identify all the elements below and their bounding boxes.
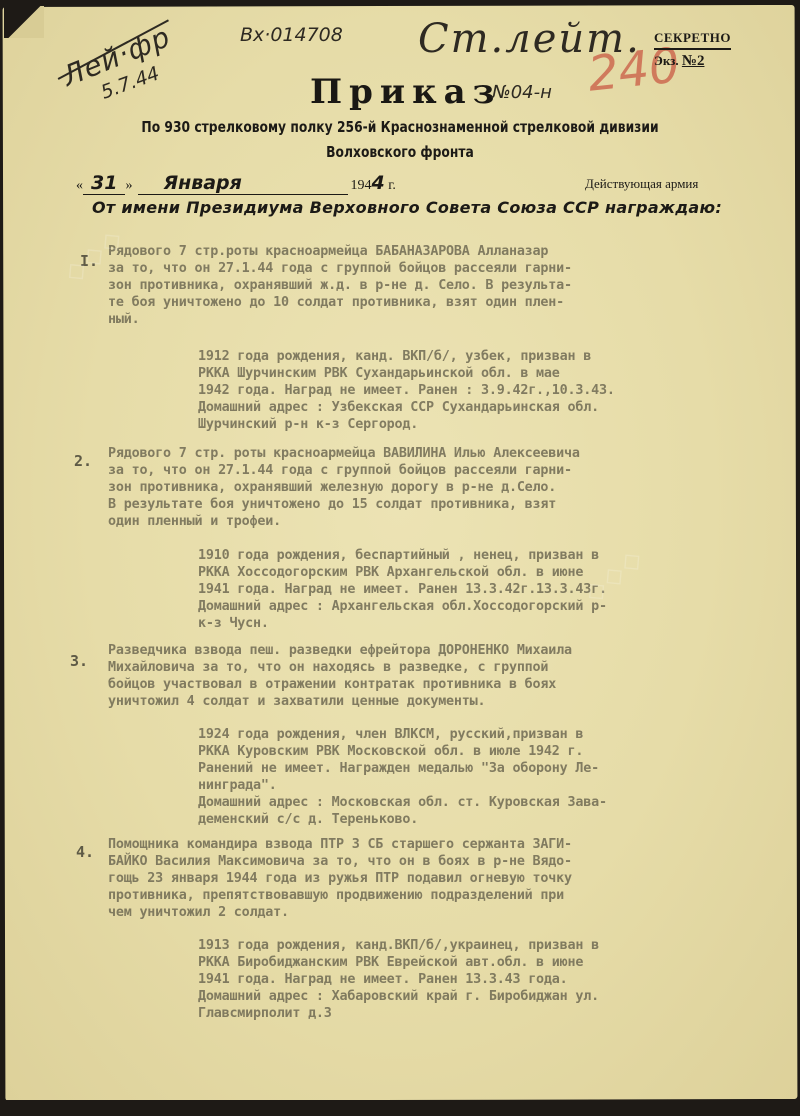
date-year-unit: г. xyxy=(388,178,396,193)
award-citation: Помощника командира взвода ПТР 3 СБ стар… xyxy=(108,836,572,921)
copy-number: №2 xyxy=(682,53,705,69)
date-year-prefix: 194 xyxy=(350,178,371,193)
scan-edge xyxy=(0,1100,800,1116)
order-number: №04-н xyxy=(492,82,552,103)
date-year-suffix: 4 xyxy=(371,172,384,194)
secret-label: СЕКРЕТНО xyxy=(654,30,731,50)
date-month: Января xyxy=(138,172,348,195)
classification-stamp: СЕКРЕТНО Экз. №2 xyxy=(654,30,731,70)
award-number: 2. xyxy=(74,452,92,470)
award-bio: 1912 года рождения, канд. ВКП/б/, узбек,… xyxy=(198,348,615,433)
unit-line-2: Волховского фронта xyxy=(146,143,654,161)
award-number: 4. xyxy=(76,843,94,861)
award-bio: 1924 года рождения, член ВЛКСМ, русский,… xyxy=(198,726,607,828)
handwritten-reference-number: Вх·014708 xyxy=(240,24,343,46)
order-date: «31»Января1944 г. xyxy=(76,172,396,195)
document-title: Приказ xyxy=(310,72,501,112)
unit-line-1: По 930 стрелковому полку 256-й Краснозна… xyxy=(121,118,679,136)
award-citation: Рядового 7 стр.роты красноармейца БАБАНА… xyxy=(108,243,572,328)
award-citation: Разведчика взвода пеш. разведки ефрейтор… xyxy=(108,642,572,710)
date-day: 31 xyxy=(83,172,125,195)
award-bio: 1910 года рождения, беспартийный , ненец… xyxy=(198,547,607,632)
copy-label: Экз. xyxy=(654,53,679,68)
award-bio: 1913 года рождения, канд.ВКП/б/,украинец… xyxy=(198,937,599,1022)
decree-line: От имени Президиума Верховного Совета Со… xyxy=(92,198,722,217)
folded-corner xyxy=(4,6,44,38)
army-label: Действующая армия xyxy=(585,176,698,192)
award-citation: Рядового 7 стр. роты красноармейца ВАВИЛ… xyxy=(108,445,580,530)
award-number: 3. xyxy=(70,652,88,670)
